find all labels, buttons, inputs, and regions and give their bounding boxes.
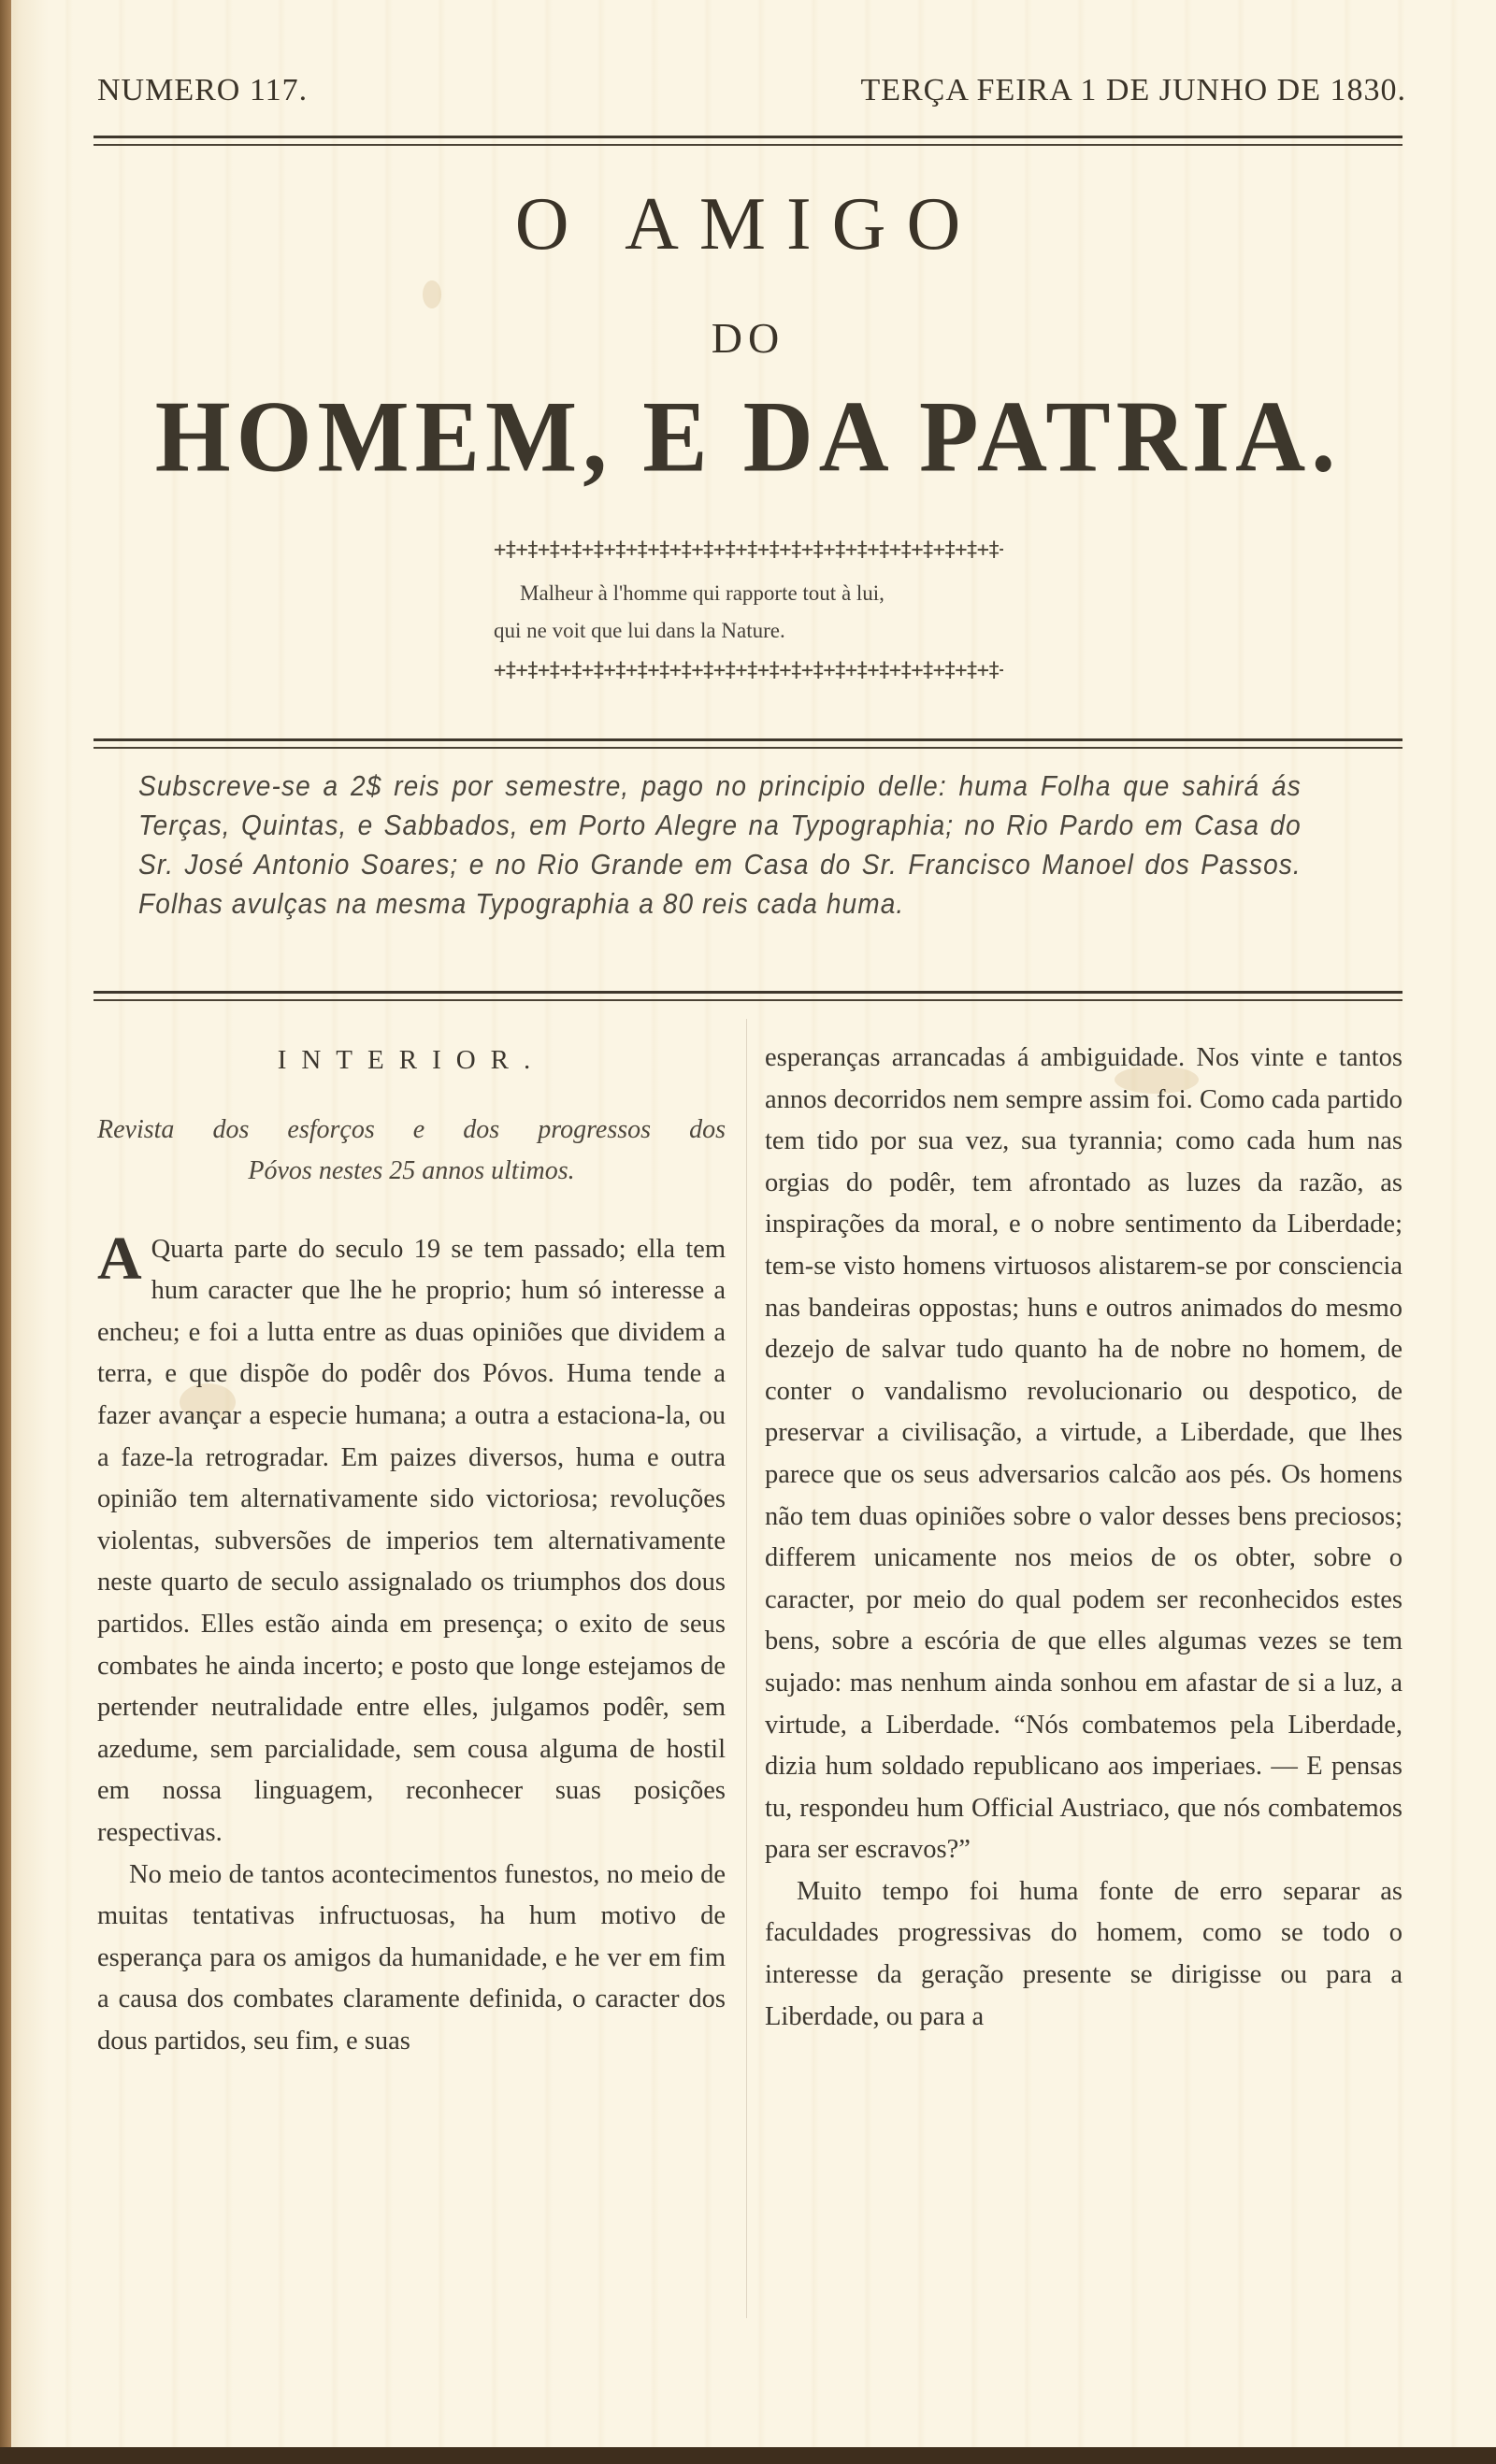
masthead-title-line3: HOMEM, E DA PATRIA.	[0, 379, 1496, 495]
masthead-title-line2: DO	[0, 313, 1496, 363]
subscription-rule-bottom	[93, 991, 1402, 1001]
issue-date: TERÇA FEIRA 1 DE JUNHO DE 1830.	[860, 73, 1406, 108]
epigraph-line2: qui ne voit que lui dans la Nature.	[494, 612, 1017, 650]
article-paragraph: AQuarta parte do seculo 19 se tem passad…	[97, 1229, 726, 1855]
article-paragraph: esperanças arrancadas á ambiguidade. Nos…	[765, 1038, 1402, 1871]
paper-stain	[423, 280, 441, 308]
ornamental-rule-bottom: +‡+‡+‡+‡+‡+‡+‡+‡+‡+‡+‡+‡+‡+‡+‡+‡+‡+‡+‡+‡…	[494, 659, 1003, 682]
header-rule	[93, 136, 1402, 146]
masthead-top-line: NUMERO 117. TERÇA FEIRA 1 DE JUNHO DE 18…	[97, 64, 1406, 110]
article-paragraph: No meio de tantos acontecimentos funesto…	[97, 1855, 726, 2063]
page-bottom-edge	[0, 2447, 1496, 2464]
article-subtitle-line1: Revista dos esforços e dos progressos do…	[97, 1110, 726, 1151]
subscription-rule-top	[93, 738, 1402, 749]
paragraph-text: Quarta parte do seculo 19 se tem passado…	[97, 1235, 726, 1847]
masthead-title-line1: O AMIGO	[0, 182, 1496, 267]
column-divider	[746, 1019, 747, 2318]
epigraph: Malheur à l'homme qui rapporte tout à lu…	[494, 575, 1017, 650]
epigraph-line1: Malheur à l'homme qui rapporte tout à lu…	[494, 575, 1017, 612]
subscription-text: Subscreve-se a 2$ reis por semestre, pag…	[138, 766, 1302, 924]
book-binding-edge	[0, 0, 11, 2464]
article-subtitle: Revista dos esforços e dos progressos do…	[97, 1110, 726, 1192]
article-subtitle-line2: Póvos nestes 25 annos ultimos.	[248, 1156, 574, 1185]
column-left: INTERIOR. Revista dos esforços e dos pro…	[97, 1038, 726, 2062]
issue-number: NUMERO 117.	[97, 73, 308, 108]
subscription-notice: Subscreve-se a 2$ reis por semestre, pag…	[138, 766, 1302, 924]
article-paragraph: Muito tempo foi huma fonte de erro separ…	[765, 1871, 1402, 2038]
section-heading: INTERIOR.	[97, 1038, 726, 1082]
drop-cap: A	[97, 1233, 142, 1285]
ornamental-rule-top: +‡+‡+‡+‡+‡+‡+‡+‡+‡+‡+‡+‡+‡+‡+‡+‡+‡+‡+‡+‡…	[494, 538, 1003, 562]
column-right: esperanças arrancadas á ambiguidade. Nos…	[765, 1038, 1402, 2038]
